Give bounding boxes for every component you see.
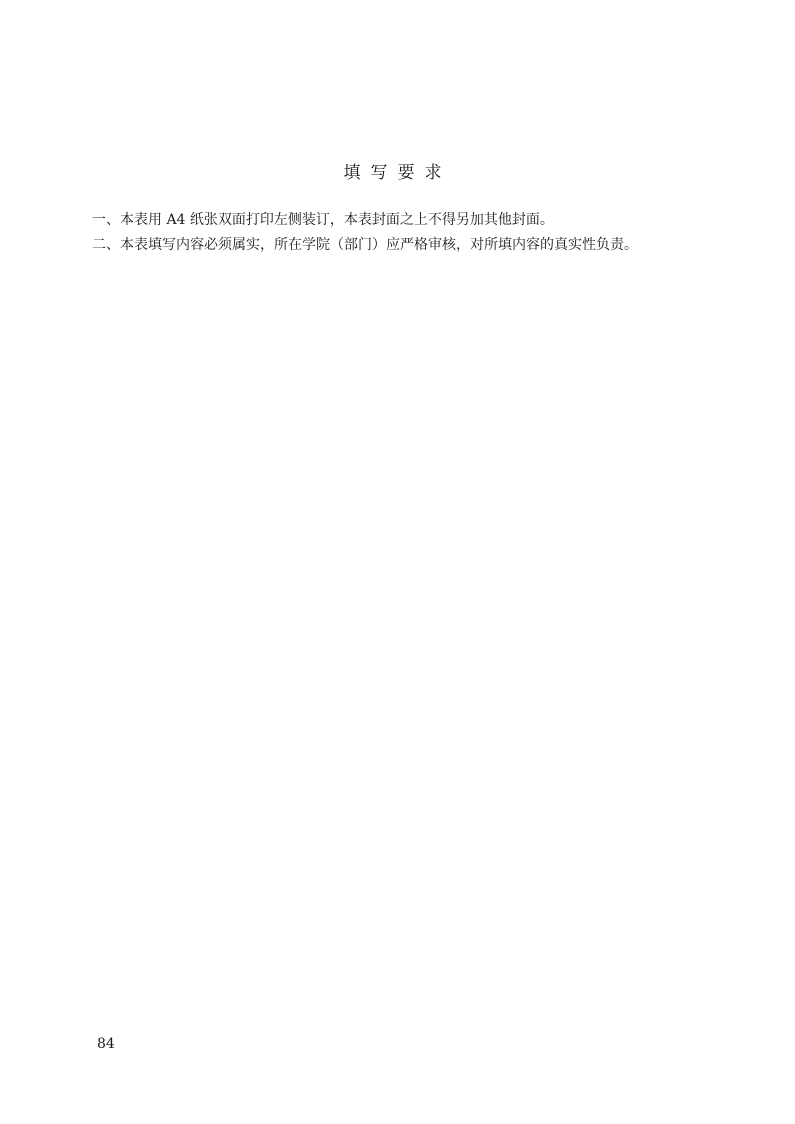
page-title: 填写要求 bbox=[0, 158, 795, 183]
requirement-item-2: 二、本表填写内容必须属实，所在学院（部门）应严格审核，对所填内容的真实性负责。 bbox=[92, 234, 638, 254]
page-number: 84 bbox=[97, 1036, 115, 1052]
requirement-item-1: 一、本表用 A4 纸张双面打印左侧装订，本表封面之上不得另加其他封面。 bbox=[92, 209, 554, 229]
